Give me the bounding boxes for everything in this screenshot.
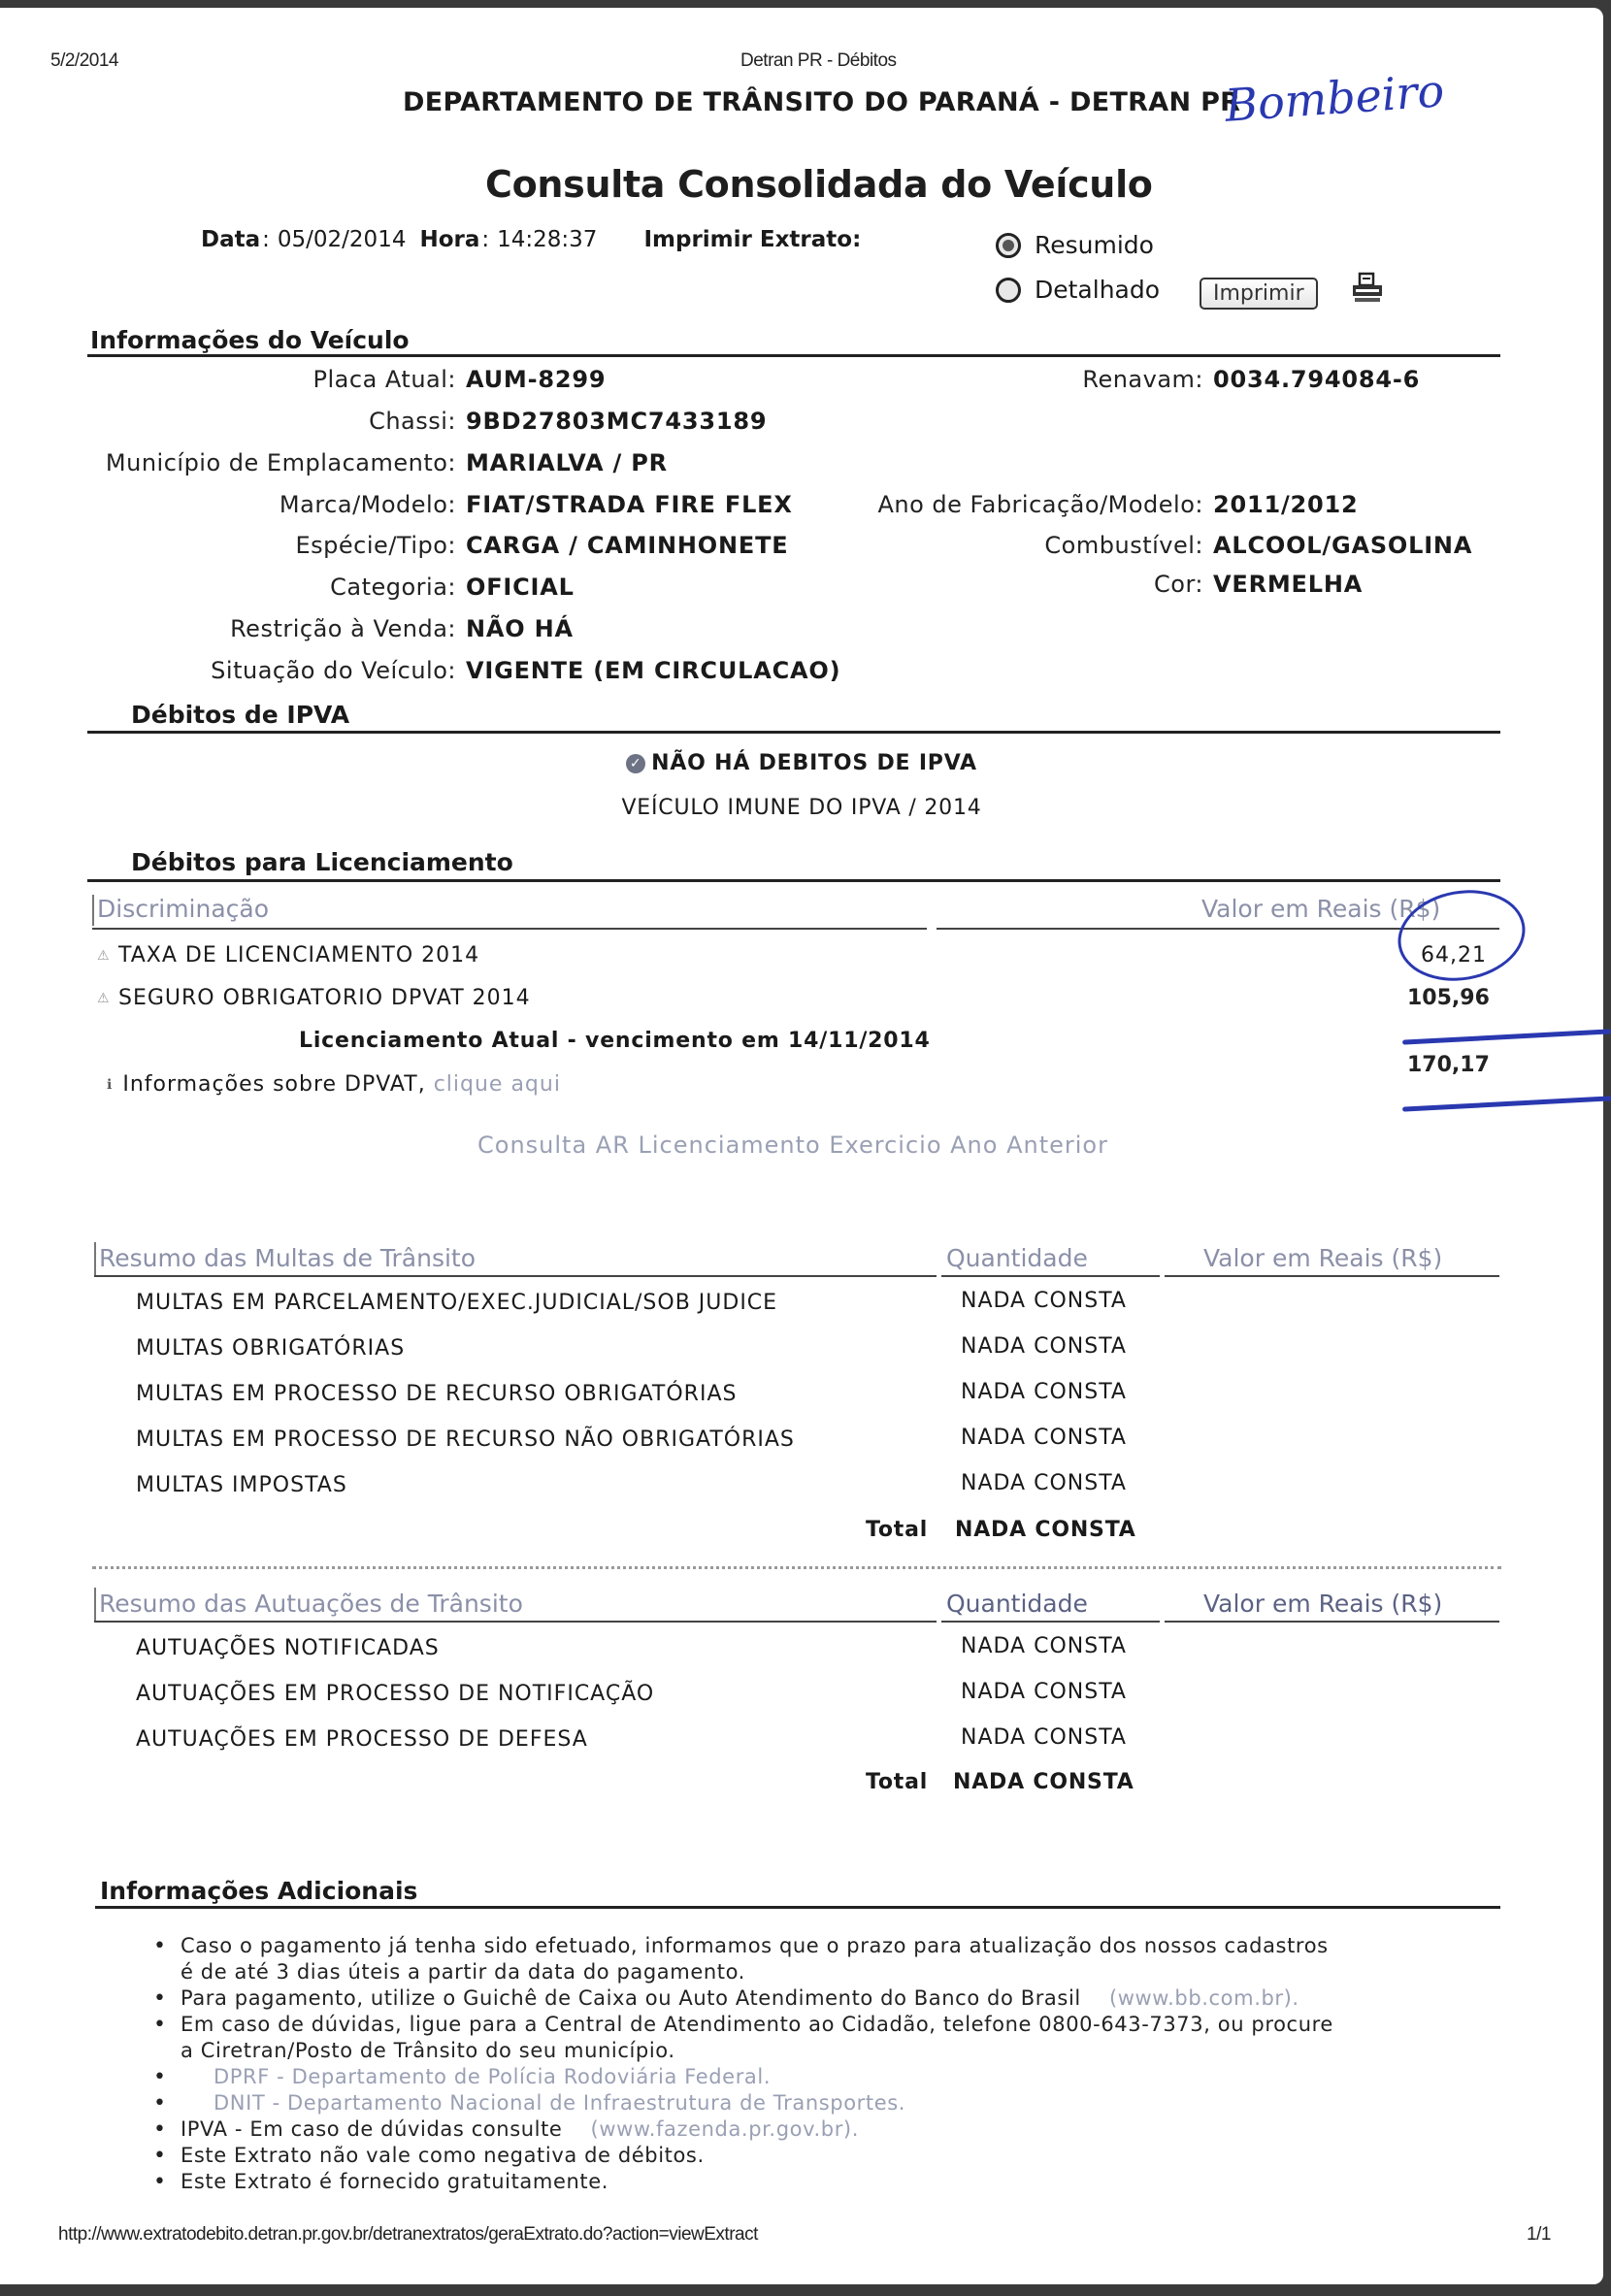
page-title: Consulta Consolidada do Veículo — [485, 163, 1153, 206]
column-divider — [94, 1588, 96, 1621]
field-value: CARGA / CAMINHONETE — [466, 532, 788, 559]
colon: : — [481, 227, 489, 252]
info-item: •Este Extrato não vale como negativa de … — [181, 2143, 1333, 2169]
field-value: 2011/2012 — [1213, 491, 1359, 518]
radio-selected-icon[interactable] — [996, 233, 1021, 258]
info-item: •Caso o pagamento já tenha sido efetuado… — [181, 1933, 1333, 1985]
dprf-link[interactable]: DPRF - Departamento de Polícia Rodoviári… — [181, 2065, 771, 2088]
field-chassi: Chassi: 9BD27803MC7433189 — [87, 405, 767, 438]
field-label: Categoria: — [87, 574, 456, 601]
info-item: •Em caso de dúvidas, ligue para a Centra… — [181, 2012, 1333, 2064]
lic-row-taxa: ⚠TAXA DE LICENCIAMENTO 2014 — [97, 943, 479, 968]
multas-header-title: Resumo das Multas de Trânsito — [99, 1244, 476, 1272]
multas-row-qty: NADA CONSTA — [961, 1380, 1127, 1404]
lic-total-value: 170,17 — [1407, 1053, 1611, 1077]
lic-row-dpvat: ⚠SEGURO OBRIGATORIO DPVAT 2014 — [97, 986, 531, 1010]
lic-row-label: SEGURO OBRIGATORIO DPVAT 2014 — [118, 986, 531, 1010]
meta-date-time: Data: 05/02/2014 Hora: 14:28:37 Imprimir… — [201, 227, 861, 252]
section-divider — [87, 879, 1500, 882]
field-municipio: Município de Emplacamento: MARIALVA / PR — [87, 446, 668, 479]
info-icon: ℹ — [107, 1077, 113, 1093]
field-value: OFICIAL — [466, 574, 575, 601]
field-cor: Cor: VERMELHA — [854, 568, 1363, 601]
field-value: VIGENTE (EM CIRCULACAO) — [466, 657, 840, 684]
time-value: 14:28:37 — [497, 227, 597, 252]
info-item: •IPVA - Em caso de dúvidas consulte (www… — [181, 2116, 1333, 2143]
field-label: Situação do Veículo: — [87, 657, 456, 684]
header-underline — [94, 1621, 937, 1623]
dpvat-info-text: Informações sobre DPVAT, — [122, 1072, 425, 1097]
field-value: AUM-8299 — [466, 366, 606, 393]
bullet: • — [153, 2143, 167, 2169]
header-underline — [941, 1621, 1160, 1623]
licenciamento-title: Débitos para Licenciamento — [131, 848, 513, 876]
lic-row-value-dpvat: 105,96 — [1407, 986, 1611, 1010]
autuacoes-row-label: AUTUAÇÕES EM PROCESSO DE NOTIFICAÇÃO — [136, 1682, 654, 1706]
radio-resumido[interactable]: Resumido — [996, 231, 1154, 259]
field-label: Município de Emplacamento: — [87, 449, 456, 476]
field-value: 0034.794084-6 — [1213, 366, 1420, 393]
autuacoes-total-label: Total — [866, 1770, 928, 1794]
vehicle-info-title: Informações do Veículo — [90, 326, 410, 354]
field-value: VERMELHA — [1213, 571, 1363, 598]
field-categoria: Categoria: OFICIAL — [87, 571, 575, 604]
column-divider — [92, 895, 94, 926]
field-value: MARIALVA / PR — [466, 449, 668, 476]
section-divider — [87, 354, 1500, 357]
autuacoes-row-qty: NADA CONSTA — [961, 1680, 1127, 1704]
bullet: • — [153, 2116, 167, 2143]
header-underline — [94, 1275, 937, 1277]
field-label: Ano de Fabricação/Modelo: — [854, 491, 1203, 518]
additional-info-title: Informações Adicionais — [100, 1877, 417, 1905]
print-footer-url: http://www.extratodebito.detran.pr.gov.b… — [58, 2224, 758, 2246]
field-marca-modelo: Marca/Modelo: FIAT/STRADA FIRE FLEX — [87, 488, 793, 521]
field-label: Cor: — [854, 571, 1203, 598]
print-date: 5/2/2014 — [50, 50, 118, 72]
bullet: • — [153, 1985, 167, 2012]
lic-total-label: Licenciamento Atual - vencimento em 14/1… — [299, 1029, 931, 1053]
bullet: • — [153, 2012, 167, 2038]
autuacoes-header-valor: Valor em Reais (R$) — [1203, 1590, 1442, 1618]
multas-row-label: MULTAS IMPOSTAS — [136, 1473, 347, 1497]
header-underline — [941, 1275, 1160, 1277]
multas-row-qty: NADA CONSTA — [961, 1471, 1127, 1495]
check-circle-icon: ✓ — [626, 754, 645, 773]
autuacoes-header-qty: Quantidade — [946, 1590, 1088, 1618]
field-label: Marca/Modelo: — [87, 491, 456, 518]
fazenda-link[interactable]: (www.fazenda.pr.gov.br). — [591, 2117, 859, 2141]
warning-icon: ⚠ — [97, 949, 111, 963]
field-ano: Ano de Fabricação/Modelo: 2011/2012 — [854, 488, 1359, 521]
field-situacao: Situação do Veículo: VIGENTE (EM CIRCULA… — [87, 654, 840, 687]
ipva-status-text: NÃO HÁ DEBITOS DE IPVA — [651, 751, 977, 775]
info-text: IPVA - Em caso de dúvidas consulte — [181, 2117, 562, 2141]
info-item: •Este Extrato é fornecido gratuitamente. — [181, 2169, 1333, 2195]
bullet: • — [153, 1933, 167, 1959]
field-value: NÃO HÁ — [466, 615, 574, 642]
bullet: • — [153, 2169, 167, 2195]
section-divider — [87, 731, 1500, 734]
radio-detalhado[interactable]: Detalhado — [996, 276, 1160, 304]
bullet: • — [153, 2090, 167, 2116]
info-text: Para pagamento, utilize o Guichê de Caix… — [181, 1986, 1081, 2010]
info-text: Este Extrato não vale como negativa de d… — [181, 2144, 705, 2167]
field-renavam: Renavam: 0034.794084-6 — [854, 363, 1420, 396]
ipva-status: ✓NÃO HÁ DEBITOS DE IPVA — [0, 751, 1603, 775]
additional-info-list: •Caso o pagamento já tenha sido efetuado… — [181, 1933, 1333, 2195]
prev-year-link[interactable]: Consulta AR Licenciamento Exercicio Ano … — [477, 1132, 1108, 1159]
dnit-link[interactable]: DNIT - Departamento Nacional de Infraest… — [181, 2091, 905, 2115]
radio-resumido-label: Resumido — [1035, 231, 1154, 259]
autuacoes-row-qty: NADA CONSTA — [961, 1634, 1127, 1658]
date-label: Data — [201, 227, 260, 252]
ipva-note: VEÍCULO IMUNE DO IPVA / 2014 — [0, 796, 1603, 820]
info-text: a Ciretran/Posto de Trânsito do seu muni… — [181, 2039, 675, 2062]
time-label: Hora — [419, 227, 479, 252]
field-value: ALCOOL/GASOLINA — [1213, 532, 1472, 559]
multas-row-label: MULTAS EM PARCELAMENTO/EXEC.JUDICIAL/SOB… — [136, 1291, 777, 1315]
dotted-divider — [92, 1566, 1501, 1569]
print-button[interactable]: Imprimir — [1200, 278, 1318, 310]
bullet: • — [153, 2064, 167, 2090]
date-value: 05/02/2014 — [278, 227, 407, 252]
multas-row-qty: NADA CONSTA — [961, 1334, 1127, 1359]
field-label: Espécie/Tipo: — [87, 532, 456, 559]
field-placa: Placa Atual: AUM-8299 — [87, 363, 606, 396]
field-label: Combustível: — [854, 532, 1203, 559]
colon: : — [262, 227, 270, 252]
autuacoes-row-label: AUTUAÇÕES NOTIFICADAS — [136, 1636, 440, 1660]
info-text: Em caso de dúvidas, ligue para a Central… — [181, 2013, 1333, 2036]
header-underline — [1165, 1621, 1499, 1623]
info-item: •DNIT - Departamento Nacional de Infraes… — [181, 2090, 1333, 2116]
print-footer-page: 1/1 — [1527, 2224, 1551, 2246]
info-text: é de até 3 dias úteis a partir da data d… — [181, 1960, 745, 1984]
multas-row-label: MULTAS OBRIGATÓRIAS — [136, 1336, 405, 1361]
info-text: Este Extrato é fornecido gratuitamente. — [181, 2170, 608, 2193]
warning-icon: ⚠ — [97, 992, 111, 1005]
field-label: Chassi: — [87, 408, 456, 435]
multas-row-label: MULTAS EM PROCESSO DE RECURSO OBRIGATÓRI… — [136, 1382, 737, 1406]
radio-detalhado-label: Detalhado — [1035, 276, 1160, 304]
column-divider — [94, 1242, 96, 1275]
multas-row-label: MULTAS EM PROCESSO DE RECURSO NÃO OBRIGA… — [136, 1427, 795, 1452]
field-label: Placa Atual: — [87, 366, 456, 393]
info-item: •DPRF - Departamento de Polícia Rodoviár… — [181, 2064, 1333, 2090]
lic-row-label: TAXA DE LICENCIAMENTO 2014 — [118, 943, 479, 968]
section-divider — [95, 1906, 1500, 1909]
header-underline — [92, 928, 927, 930]
autuacoes-row-label: AUTUAÇÕES EM PROCESSO DE DEFESA — [136, 1727, 588, 1752]
info-text: Caso o pagamento já tenha sido efetuado,… — [181, 1934, 1329, 1957]
handwritten-note: Bombeiro — [1223, 64, 1445, 132]
bb-link[interactable]: (www.bb.com.br). — [1109, 1986, 1299, 2010]
department-title: DEPARTAMENTO DE TRÂNSITO DO PARANÁ - DET… — [403, 87, 1240, 117]
print-extract-label: Imprimir Extrato: — [643, 227, 861, 252]
header-underline — [1165, 1275, 1499, 1277]
autuacoes-row-qty: NADA CONSTA — [961, 1725, 1127, 1750]
field-value: 9BD27803MC7433189 — [466, 408, 767, 435]
printer-icon[interactable] — [1351, 272, 1384, 309]
dpvat-link[interactable]: clique aqui — [434, 1072, 561, 1097]
field-value: FIAT/STRADA FIRE FLEX — [466, 491, 793, 518]
column-header-discriminacao: Discriminação — [97, 895, 269, 923]
ipva-title: Débitos de IPVA — [131, 701, 349, 729]
multas-row-qty: NADA CONSTA — [961, 1289, 1127, 1313]
multas-total-label: Total — [866, 1518, 928, 1542]
autuacoes-header-title: Resumo das Autuações de Trânsito — [99, 1590, 523, 1618]
field-combustivel: Combustível: ALCOOL/GASOLINA — [854, 529, 1472, 562]
field-label: Renavam: — [854, 366, 1203, 393]
field-especie-tipo: Espécie/Tipo: CARGA / CAMINHONETE — [87, 529, 788, 562]
field-restricao: Restrição à Venda: NÃO HÁ — [87, 612, 574, 645]
multas-header-qty: Quantidade — [946, 1244, 1088, 1272]
document-page: 5/2/2014 Detran PR - Débitos DEPARTAMENT… — [0, 8, 1603, 2284]
multas-header-valor: Valor em Reais (R$) — [1203, 1244, 1442, 1272]
multas-total-value: NADA CONSTA — [955, 1518, 1136, 1542]
field-label: Restrição à Venda: — [87, 615, 456, 642]
radio-unselected-icon[interactable] — [996, 278, 1021, 303]
multas-row-qty: NADA CONSTA — [961, 1426, 1127, 1450]
info-item: •Para pagamento, utilize o Guichê de Cai… — [181, 1985, 1333, 2012]
dpvat-info: ℹInformações sobre DPVAT, clique aqui — [107, 1072, 561, 1097]
autuacoes-total-value: NADA CONSTA — [953, 1770, 1134, 1794]
print-page-title: Detran PR - Débitos — [740, 50, 897, 72]
